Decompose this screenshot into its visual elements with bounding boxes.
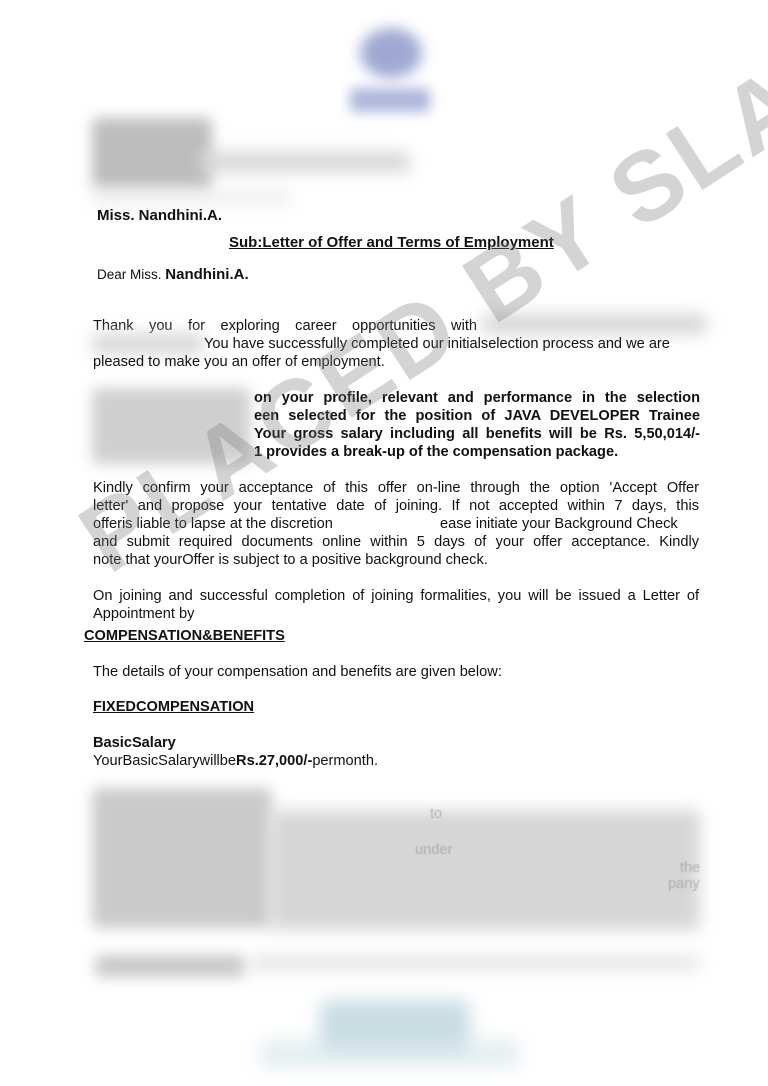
recipient-name: Miss. Nandhini.A.	[97, 207, 222, 225]
para2-line2: een selected for the position of JAVA DE…	[254, 407, 700, 425]
redacted-fragment-2: under	[415, 842, 452, 858]
para3-line4: and submit required documents online wit…	[93, 533, 699, 551]
basic-salary-title: BasicSalary	[93, 734, 176, 752]
redacted-block-right	[270, 810, 700, 930]
para3-line3b: ease initiate your Background Check	[440, 515, 678, 533]
para1-line2: You have successfully completed our init…	[204, 335, 670, 353]
redacted-line	[250, 955, 700, 971]
redacted-company-name-cont	[92, 334, 204, 354]
redacted-fragment-1: to	[430, 806, 442, 822]
salutation-prefix: Dear Miss.	[97, 267, 162, 282]
para2-line4: 1 provides a break-up of the compensatio…	[254, 443, 618, 461]
para1-line1: Thank you for exploring career opportuni…	[93, 317, 477, 335]
redacted-date	[92, 192, 292, 204]
redacted-fragment-4: pany	[668, 876, 700, 892]
para3-line2: letter' and propose your tentative date …	[93, 497, 699, 515]
subject-line: Sub:Letter of Offer and Terms of Employm…	[229, 234, 554, 252]
salutation: Dear Miss. Nandhini.A.	[97, 266, 249, 284]
redacted-block-left	[92, 788, 272, 928]
compensation-intro: The details of your compensation and ben…	[93, 663, 502, 681]
basic-salary-prefix: YourBasicSalarywillbe	[93, 753, 236, 769]
para3-line5: note that yourOffer is subject to a posi…	[93, 551, 488, 569]
basic-salary-line: YourBasicSalarywillbeRs.27,000/-permonth…	[93, 752, 378, 770]
redacted-address	[92, 118, 212, 188]
footer-stamp-base	[260, 1040, 520, 1068]
para2-line3: Your gross salary including all benefits…	[254, 425, 700, 443]
redacted-address-line	[200, 152, 410, 172]
salutation-name: Nandhini.A.	[165, 266, 248, 283]
company-logo-text	[350, 88, 430, 112]
company-logo-icon	[360, 28, 422, 78]
para4-line1: On joining and successful completion of …	[93, 587, 699, 605]
redacted-line-bold	[95, 955, 245, 977]
para2-line1: on your profile, relevant and performanc…	[254, 389, 700, 407]
redacted-fragment-3: the	[680, 860, 700, 876]
basic-salary-amount: Rs.27,000/-	[236, 753, 312, 769]
redacted-para2-start	[92, 388, 250, 464]
basic-salary-suffix: permonth.	[312, 753, 378, 769]
para3-line3a: offeris liable to lapse at the discretio…	[93, 515, 333, 533]
compensation-section-title: COMPENSATION&BENEFITS	[84, 627, 285, 645]
para3-line1: Kindly confirm your acceptance of this o…	[93, 479, 699, 497]
fixed-compensation-title: FIXEDCOMPENSATION	[93, 698, 254, 716]
para4-line2: Appointment by	[93, 605, 194, 623]
redacted-company-name	[482, 314, 707, 334]
para1-line3: pleased to make you an offer of employme…	[93, 353, 385, 371]
